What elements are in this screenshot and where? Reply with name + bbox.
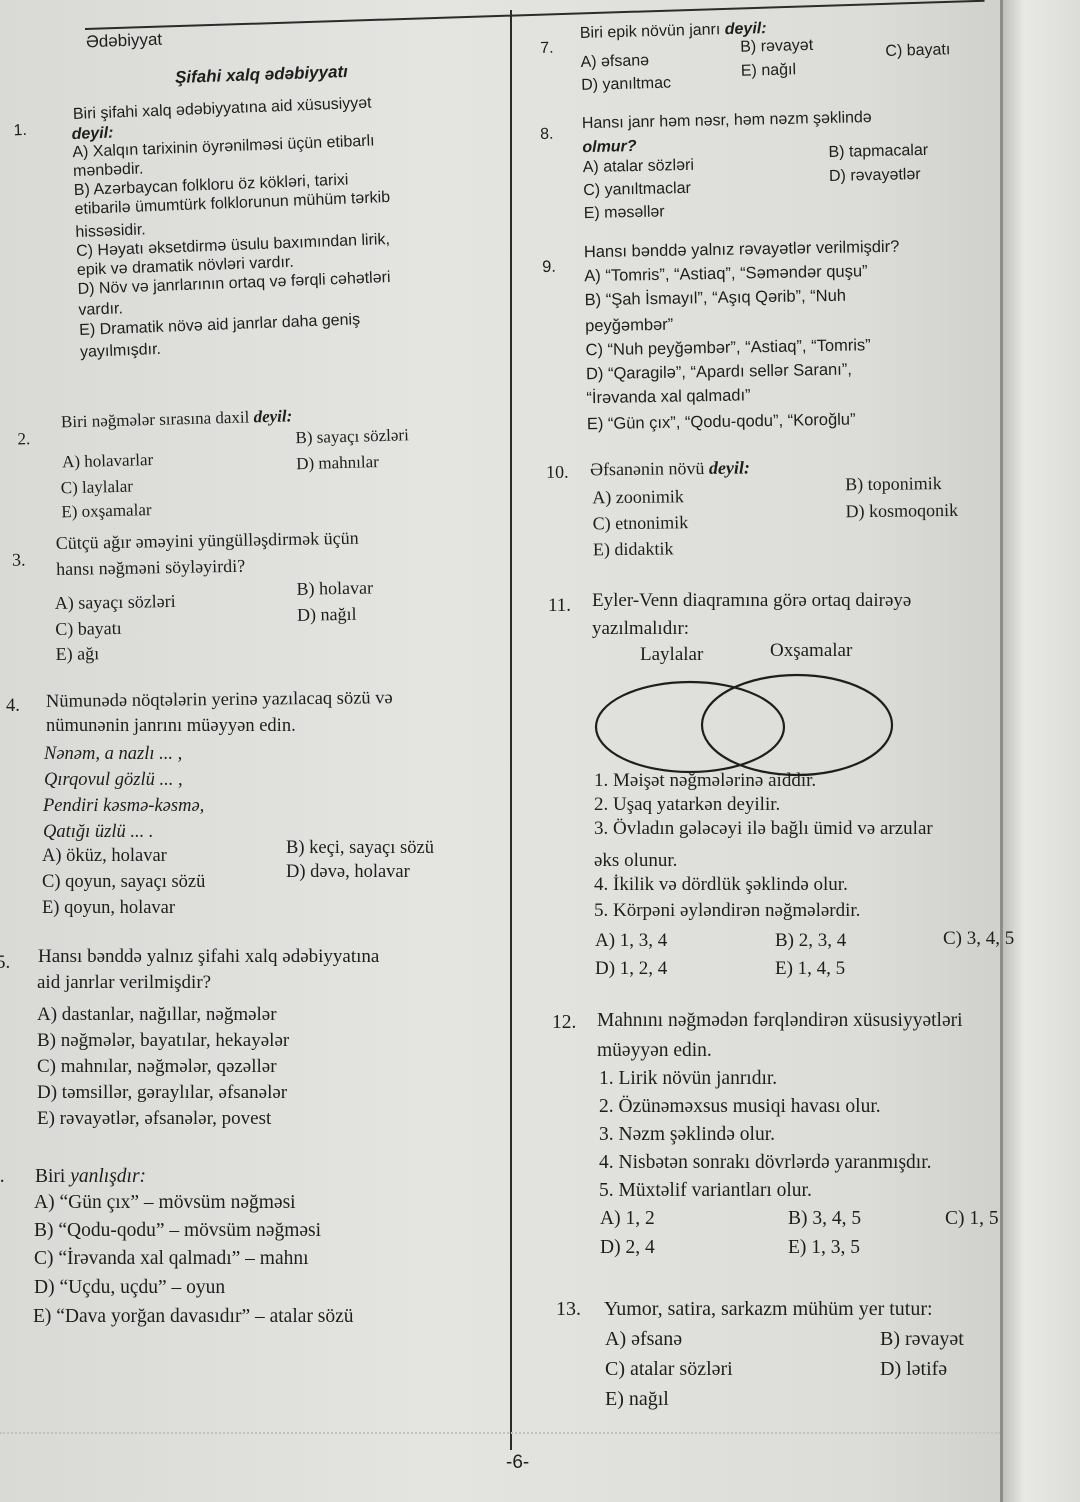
- option-a: A) “Tomris”, “Astiaq”, “Səməndər quşu”: [584, 262, 868, 286]
- question-number: 1.: [13, 121, 27, 141]
- question-text: Yumor, satira, sarkazm mühüm yer tutur:: [604, 1298, 933, 1321]
- option-b: B) rəvayət: [880, 1328, 964, 1351]
- header-rule: [85, 0, 985, 30]
- statement: 5. Körpəni əyləndirən nəğmələrdir.: [594, 900, 860, 922]
- question-text: Nümunədə nöqtələrin yerinə yazılacaq söz…: [46, 688, 393, 713]
- question-text: Biri şifahi xalq ədəbiyyatına aid xüsusi…: [73, 94, 372, 125]
- option-a: A) öküz, holavar: [42, 846, 167, 867]
- question-emphasis: deyil:: [725, 20, 767, 38]
- statement: 3. Övladın gələcəyi ilə bağlı ümid və ar…: [594, 818, 933, 840]
- statement: 1. Məişət nəğmələrinə aiddir.: [594, 770, 816, 792]
- statement: 2. Özünəməxsus musiqi havası olur.: [599, 1096, 881, 1118]
- textbook-page: Ədəbiyyat Şifahi xalq ədəbiyyatı 1. Biri…: [0, 0, 1080, 1502]
- option-c: C) atalar sözləri: [605, 1358, 733, 1381]
- option-e: E) rəvayətlər, əfsanələr, povest: [37, 1108, 271, 1130]
- option-a: A) 1, 3, 4: [595, 930, 667, 952]
- question-text: Mahnını nəğmədən fərqləndirən xüsusiyyət…: [597, 1010, 963, 1032]
- option-d: D) mahnılar: [296, 452, 379, 474]
- statement: 2. Uşaq yatarkən deyilir.: [594, 794, 780, 816]
- venn-circle-right: [702, 675, 892, 775]
- question-text: Əfsanənin növü deyil:: [590, 457, 750, 480]
- option-a: A) holavarlar: [62, 450, 154, 472]
- statement-cont: əks olunur.: [594, 850, 677, 872]
- page-number: -6-: [506, 1452, 529, 1474]
- option-e: E) “Dava yorğan davasıdır” – atalar sözü: [33, 1306, 354, 1328]
- option-e: E) məsəllər: [584, 203, 665, 223]
- question-number: 7.: [540, 40, 554, 58]
- option-d: D) dəvə, holavar: [286, 862, 410, 883]
- option-d: D) yanıltmac: [581, 75, 671, 95]
- question-text: Biri yanlışdır:: [35, 1166, 146, 1188]
- option-c: C) laylalar: [61, 477, 134, 499]
- option-e: E) ağı: [55, 643, 99, 665]
- question-emphasis: olmur?: [582, 138, 637, 157]
- option-c: C) yanıltmaclar: [583, 180, 691, 200]
- verse-line: Qırqovul gözlü ... ,: [44, 770, 183, 791]
- option-b: B) sayaçı sözləri: [295, 425, 409, 448]
- statement: 1. Lirik növün janrıdır.: [599, 1068, 777, 1090]
- option-a: A) əfsanə: [580, 52, 649, 72]
- statement: 5. Müxtəlif variantları olur.: [599, 1180, 812, 1202]
- question-text: Hansı bənddə yalnız rəvayətlər verilmişd…: [584, 238, 900, 263]
- question-text: Hansı janr həm nəsr, həm nəzm şəklində: [582, 109, 872, 133]
- option-a: A) “Gün çıx” – mövsüm nəğməsi: [34, 1192, 296, 1214]
- option-b-cont: peyğəmbər”: [585, 316, 673, 337]
- option-c: C) “İrəvanda xal qalmadı” – mahnı: [34, 1248, 309, 1270]
- question-text-main: Biri epik növün janrı: [580, 21, 721, 42]
- verse-line: Nənəm, a nazlı ... ,: [44, 744, 182, 765]
- option-e: E) oxşamalar: [61, 500, 152, 522]
- question-number: 8.: [540, 126, 554, 144]
- question-text-main: Biri: [35, 1166, 65, 1187]
- option-a: A) dastanlar, nağıllar, nəğmələr: [37, 1004, 277, 1026]
- option-e: E) “Gün çıx”, “Qodu-qodu”, “Koroğlu”: [587, 411, 856, 435]
- question-number: 3.: [12, 550, 26, 571]
- option-d: D) 2, 4: [600, 1237, 655, 1259]
- option-b: B) “Şah İsmayıl”, “Aşıq Qərib”, “Nuh: [585, 287, 847, 311]
- option-b: B) 2, 3, 4: [775, 930, 846, 952]
- option-a: A) 1, 2: [600, 1208, 655, 1230]
- question-text-cont: yazılmalıdır:: [592, 618, 689, 640]
- question-text-cont: nümunənin janrını müəyyən edin.: [46, 716, 296, 737]
- venn-label-right: Oxşamalar: [770, 640, 852, 662]
- question-emphasis: yanlışdır:: [70, 1166, 146, 1187]
- question-text-cont: aid janrlar verilmişdir?: [37, 972, 211, 994]
- footer-dotted-line: [0, 1432, 1000, 1434]
- option-e: E) 1, 3, 5: [788, 1237, 860, 1259]
- option-e: E) qoyun, holavar: [42, 898, 175, 919]
- option-b: B) 3, 4, 5: [788, 1208, 861, 1230]
- option-d: D) təmsillər, gəraylılar, əfsanələr: [37, 1082, 287, 1104]
- question-number: 4.: [6, 696, 20, 717]
- question-text-cont: müəyyən edin.: [597, 1040, 712, 1062]
- adjacent-page-edge: [1000, 0, 1080, 1502]
- venn-circle-left: [596, 682, 784, 772]
- column-divider: [510, 10, 512, 1450]
- option-b: B) toponimik: [845, 473, 942, 495]
- option-b: B) tapmacalar: [828, 142, 928, 162]
- option-c: C) qoyun, sayaçı sözü: [42, 872, 205, 893]
- option-c: C) bayatı: [885, 41, 950, 61]
- option-e: E) nağıl: [741, 61, 797, 80]
- option-d-cont: “İrəvanda xal qalmadı”: [586, 386, 750, 408]
- option-a: A) zoonimik: [592, 486, 684, 508]
- option-c: C) 1, 5: [945, 1208, 999, 1230]
- question-number: 6.: [0, 1166, 5, 1188]
- option-d: D) nağıl: [297, 604, 357, 626]
- question-text-cont: hansı nəğməni söyləyirdi?: [56, 556, 245, 580]
- option-e: E) nağıl: [605, 1388, 669, 1411]
- question-number: 13.: [556, 1298, 581, 1321]
- option-c: C) 3, 4, 5: [943, 928, 1014, 950]
- question-text: Eyler-Venn diaqramına görə ortaq dairəyə: [592, 590, 911, 612]
- option-a: A) atalar sözləri: [583, 157, 695, 177]
- option-a: A) əfsanə: [605, 1328, 682, 1351]
- venn-label-left: Laylalar: [640, 644, 703, 666]
- option-d-cont: vardır.: [78, 299, 123, 320]
- statement: 4. İkilik və dördlük şəklində olur.: [594, 874, 848, 896]
- option-b: B) nəğmələr, bayatılar, hekayələr: [37, 1030, 289, 1052]
- option-a: A) Xalqın tarixinin öyrənilməsi üçün eti…: [72, 132, 375, 163]
- question-number: 10.: [546, 462, 569, 483]
- option-d: D) kosmoqonik: [845, 500, 958, 522]
- option-e: E) 1, 4, 5: [775, 958, 845, 980]
- question-number: 9.: [542, 258, 556, 277]
- question-text: Biri epik növün janrı deyil:: [580, 20, 767, 43]
- question-text: Biri nəğmələr sırasına daxil deyil:: [61, 406, 293, 432]
- venn-diagram: [585, 670, 925, 780]
- question-number-text: 6.: [0, 1166, 5, 1187]
- question-number: 5.: [0, 952, 10, 974]
- option-b: B) “Qodu-qodu” – mövsüm nəğməsi: [34, 1220, 321, 1242]
- option-a: A) sayaçı sözləri: [55, 591, 176, 614]
- verse-line: Qatığı üzlü ... .: [43, 822, 154, 843]
- verse-line: Pendiri kəsmə-kəsmə,: [43, 796, 204, 817]
- option-b: B) keçi, sayaçı sözü: [286, 838, 434, 859]
- option-d: D) “Uçdu, uçdu” – oyun: [34, 1277, 225, 1299]
- question-text: Hansı bənddə yalnız şifahi xalq ədəbiyya…: [38, 946, 379, 968]
- question-number: 2.: [17, 429, 30, 449]
- option-c: C) etnonimik: [593, 512, 689, 534]
- question-text: Cütçü ağır əməyini yüngülləşdirmək üçün: [56, 528, 359, 554]
- option-e-cont: yayılmışdır.: [80, 340, 162, 363]
- option-b: B) holavar: [296, 577, 373, 599]
- option-c: C) bayatı: [55, 618, 122, 640]
- option-c: C) “Nuh peyğəmbər”, “Astiaq”, “Tomris”: [585, 336, 870, 360]
- option-d: D) “Qaragilə”, “Apardı sellər Saranı”,: [586, 361, 852, 385]
- option-c: C) mahnılar, nəğmələr, qəzəllər: [37, 1056, 277, 1078]
- subject-label: Ədəbiyyat: [86, 29, 163, 54]
- option-b: B) rəvayət: [740, 37, 813, 57]
- question-text-main: Əfsanənin növü: [590, 458, 705, 479]
- option-d: D) rəvayətlər: [829, 166, 921, 186]
- question-emphasis: deyil:: [709, 457, 750, 477]
- statement: 4. Nisbətən sonrakı dövrlərdə yaranmışdı…: [599, 1152, 932, 1174]
- statement: 3. Nəzm şəklində olur.: [599, 1124, 775, 1146]
- question-text-main: Biri nəğmələr sırasına daxil: [61, 407, 250, 431]
- option-e: E) didaktik: [593, 538, 674, 560]
- option-d: D) lətifə: [880, 1358, 947, 1381]
- topic-title: Şifahi xalq ədəbiyyatı: [175, 62, 348, 88]
- question-emphasis: deyil:: [253, 406, 292, 426]
- question-number: 11.: [548, 595, 571, 617]
- option-d: D) 1, 2, 4: [595, 958, 667, 980]
- question-number: 12.: [552, 1012, 576, 1034]
